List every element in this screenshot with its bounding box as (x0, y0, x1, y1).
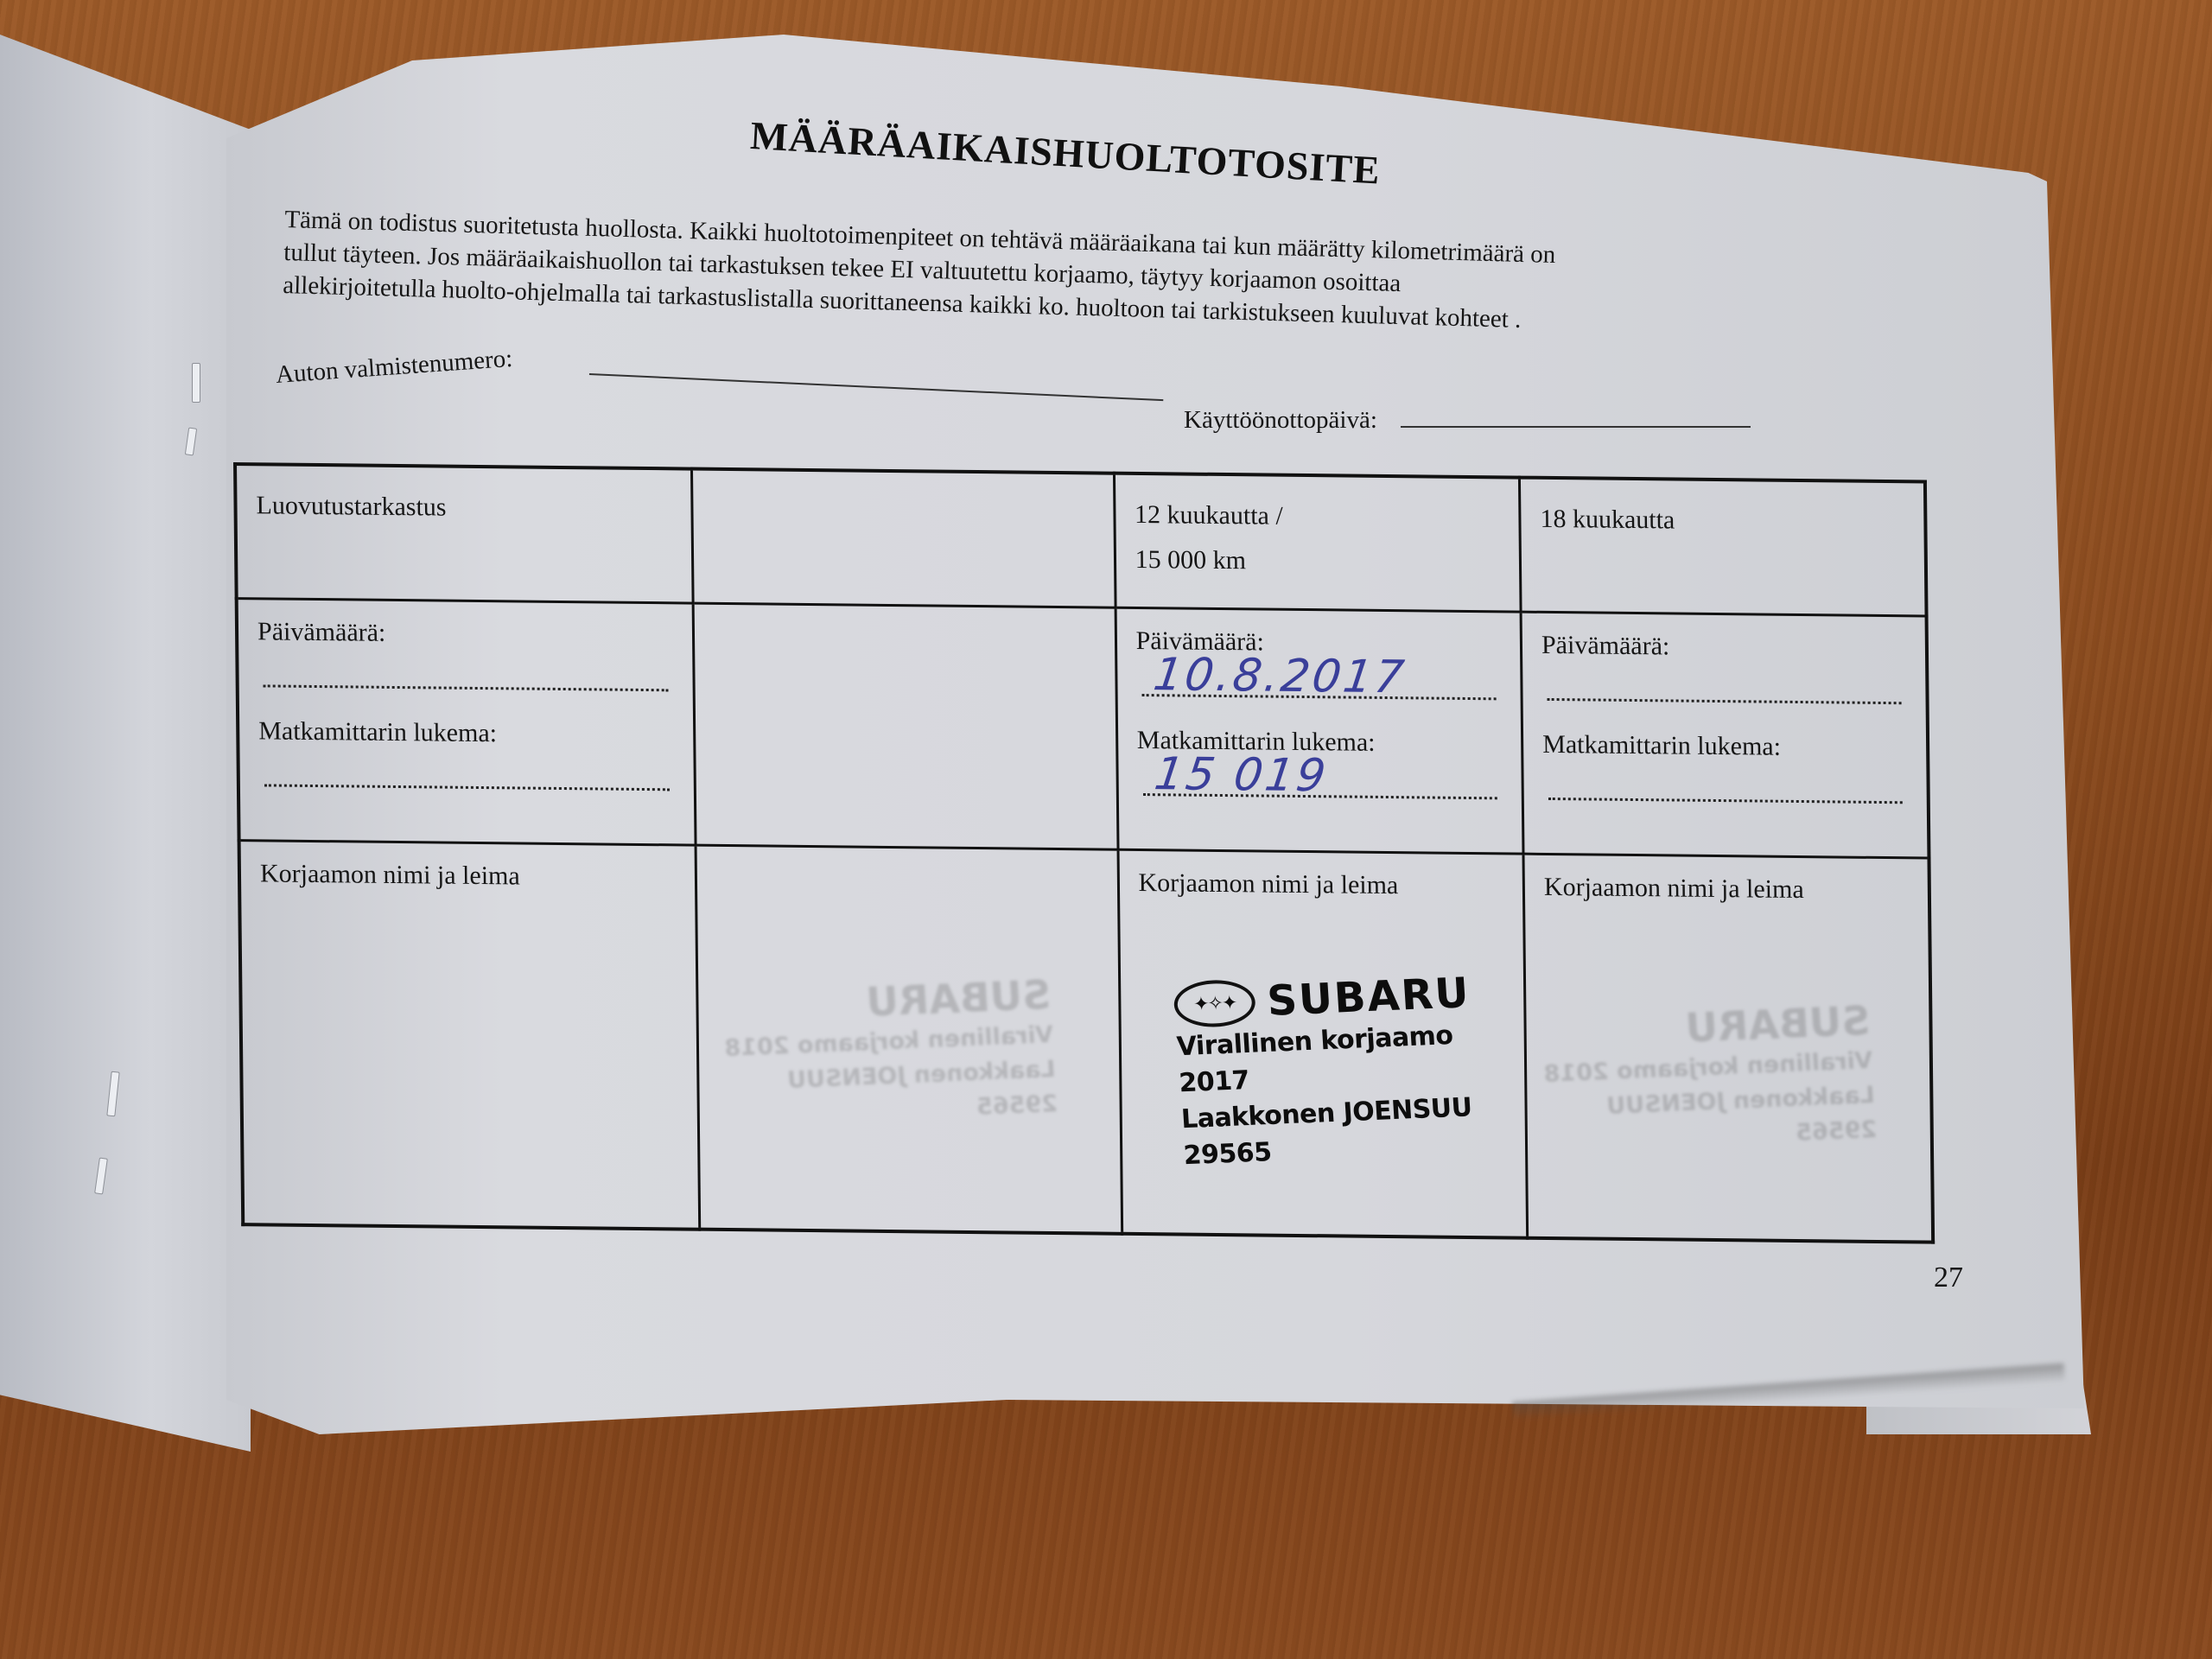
page-number: 27 (1934, 1262, 1963, 1294)
stamp-label: Korjaamon nimi ja leima (1138, 868, 1503, 900)
stamp-label: Korjaamon nimi ja leima (1544, 872, 1909, 905)
bleed-through-stamp: SUBARU Virallinen korjaamo 2018 Laakkone… (721, 971, 1058, 1135)
stamp-cell-18-months: Korjaamon nimi ja leima SUBARU Viralline… (1523, 854, 1933, 1243)
handwritten-date: 10.8.2017 (1150, 649, 1408, 703)
table-header-row: Luovutustarkastus 12 kuukautta / 15 000 … (235, 464, 1927, 616)
page-title: MÄÄRÄAIKAISHUOLTOTOSITE (749, 112, 1382, 194)
stamp-label: Korjaamon nimi ja leima (260, 859, 676, 893)
column-header-empty (691, 469, 1116, 607)
subaru-pleiades-logo-icon: ✦✧✦ (1173, 978, 1256, 1028)
odometer-label: Matkamittarin lukema: (258, 716, 674, 750)
serial-number-field: Auton valmistenumero: (275, 345, 513, 390)
column-header-delivery-inspection: Luovutustarkastus (235, 464, 693, 603)
commissioning-date-label: Käyttöönottopäivä: (1184, 406, 1377, 434)
date-label: Päivämäärä: (1541, 630, 1906, 663)
stamp-line: Virallinen korjaamo 2017 (1175, 1014, 1530, 1102)
commissioning-date-field: Käyttöönottopäivä: (1184, 406, 1751, 435)
intro-paragraph: Tämä on todistus suoritetusta huollosta.… (283, 203, 1840, 345)
stamp-cell-delivery: Korjaamon nimi ja leima (239, 840, 700, 1230)
service-record-table: Luovutustarkastus 12 kuukautta / 15 000 … (233, 462, 1935, 1241)
date-field[interactable] (1547, 663, 1901, 703)
bleed-through-stamp: SUBARU Virallinen korjaamo 2018 Laakkone… (1540, 997, 1878, 1161)
odometer-field[interactable] (1548, 762, 1902, 803)
date-field[interactable] (263, 650, 668, 691)
stamp-cell-empty: SUBARU Virallinen korjaamo 2018 Laakkone… (696, 845, 1122, 1234)
date-field[interactable]: 10.8.2017 (1141, 659, 1497, 700)
odometer-label: Matkamittarin lukema: (1542, 729, 1907, 762)
column-header-18-months: 18 kuukautta (1519, 478, 1926, 616)
readings-cell-18-months: Päivämäärä: Matkamittarin lukema: (1521, 612, 1929, 858)
serial-number-input-line[interactable] (589, 373, 1163, 401)
serial-number-label: Auton valmistenumero: (275, 345, 513, 389)
date-label: Päivämäärä: (257, 617, 673, 651)
readings-cell-12-months: Päivämäärä: 10.8.2017 Matkamittarin luke… (1116, 607, 1523, 854)
stamp-brand: SUBARU (1265, 969, 1471, 1026)
readings-cell-empty (693, 603, 1118, 849)
readings-cell-delivery: Päivämäärä: Matkamittarin lukema: (237, 598, 696, 845)
commissioning-date-input-line[interactable] (1401, 426, 1751, 428)
table-row-readings: Päivämäärä: Matkamittarin lukema: Päiväm… (237, 598, 1929, 858)
workshop-stamp: ✦✧✦ SUBARU Virallinen korjaamo 2017 Laak… (1173, 966, 1535, 1174)
table-row-stamps: Korjaamon nimi ja leima SUBARU Viralline… (239, 840, 1934, 1243)
odometer-field[interactable] (264, 749, 669, 791)
handwritten-odometer: 15 019 (1151, 748, 1331, 802)
odometer-field[interactable]: 15 019 (1142, 759, 1497, 799)
stamp-cell-12-months: Korjaamon nimi ja leima ✦✧✦ SUBARU Viral… (1118, 849, 1528, 1238)
column-header-12-months: 12 kuukautta / 15 000 km (1114, 474, 1521, 612)
page-content: MÄÄRÄAIKAISHUOLTOTOSITE Tämä on todistus… (0, 0, 2212, 1659)
